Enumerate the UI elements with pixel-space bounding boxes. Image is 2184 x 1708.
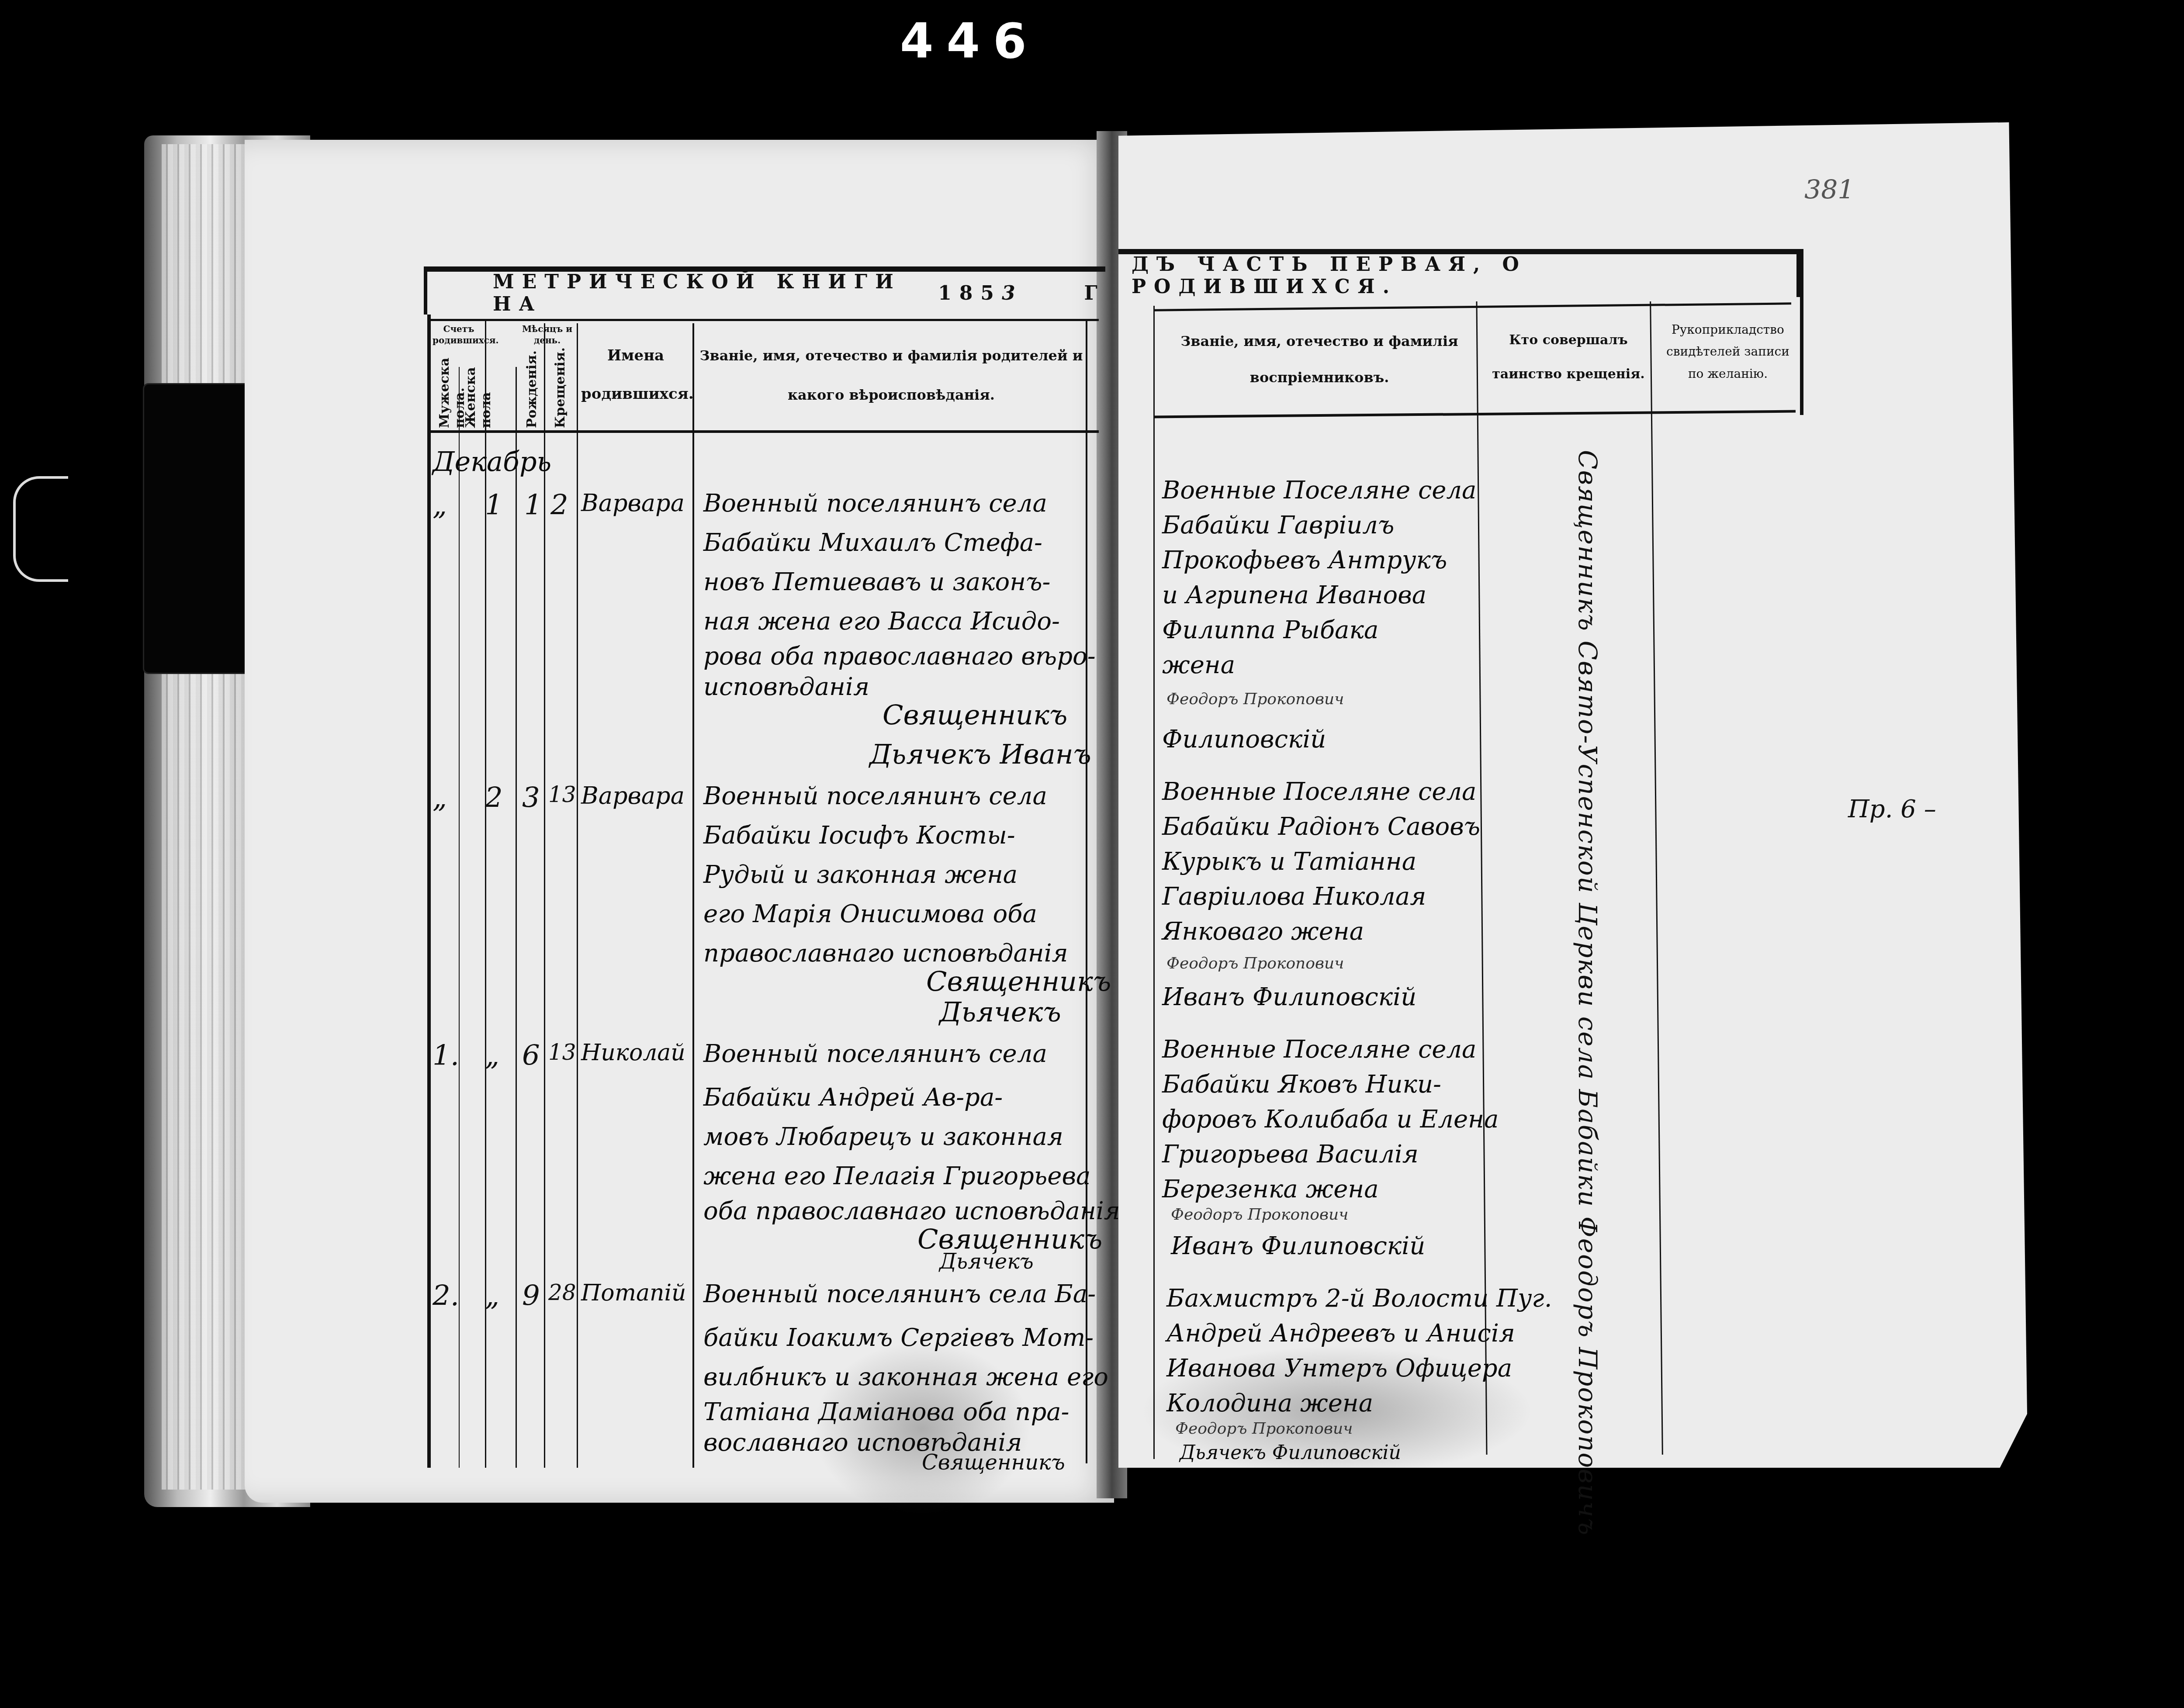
godparent-signature: Феодоръ Прокопович bbox=[1166, 954, 1344, 972]
godparents-line: Бахмистръ 2-й Волости Пуг. bbox=[1166, 1284, 1552, 1313]
godparents-line: Бабайки Гавріилъ bbox=[1162, 511, 1394, 539]
header-count-group: Счетъ родившихся. bbox=[433, 323, 485, 346]
child-name: Потапій bbox=[581, 1280, 686, 1306]
godparent-signature: Иванъ Филиповскій bbox=[1162, 983, 1416, 1011]
baptism-day: 2 bbox=[550, 489, 568, 522]
folio-number: 381 bbox=[1804, 175, 1855, 205]
parents-line: оба православнаго исповѣданія bbox=[703, 1197, 1120, 1225]
birth-day: 1 bbox=[524, 489, 542, 522]
baptism-day: 13 bbox=[548, 782, 576, 807]
parents-line: жена его Пелагія Григорьева bbox=[703, 1162, 1090, 1190]
godparents-line: Янковаго жена bbox=[1162, 917, 1364, 946]
parents-line: Военный поселянинъ села bbox=[703, 489, 1047, 518]
godparents-line: Прокофьевъ Антрукъ bbox=[1162, 546, 1447, 574]
godparents-line: Андрей Андреевъ и Анисія bbox=[1166, 1319, 1515, 1348]
count-female: 2 bbox=[485, 782, 503, 814]
parents-line: рова оба православнаго вѣро- bbox=[703, 642, 1096, 671]
title-text-right: ДЪ ЧАСТЬ ПЕРВАЯ, О РОДИВШИХСЯ. bbox=[1132, 253, 1796, 298]
parents-line: ная жена его Васса Исидо- bbox=[703, 607, 1060, 636]
count-male: „ bbox=[433, 782, 447, 814]
parents-line: Бабайки Андрей Ав-ра- bbox=[703, 1083, 1003, 1112]
baptizer-signature-vertical: Священникъ Свято-Успенской Церкви села Б… bbox=[1573, 450, 1603, 1536]
godparents-line: Иванова Унтеръ Офицера bbox=[1166, 1354, 1512, 1383]
parents-line: мовъ Любарецъ и законная bbox=[703, 1123, 1063, 1151]
title-text: МЕТРИЧЕСКОЙ КНИГИ НА bbox=[493, 271, 924, 315]
priest-signature: Священникъ bbox=[883, 699, 1067, 731]
deacon-signature: Дьячекъ Иванъ bbox=[869, 738, 1091, 770]
month-label: Декабрь bbox=[433, 446, 551, 477]
godparents-line: Бабайки Радіонъ Савовъ bbox=[1162, 813, 1480, 841]
deacon-signature: Дьячекъ bbox=[939, 996, 1061, 1028]
year-printed: 185 bbox=[938, 282, 1002, 304]
deacon-signature: Дьячекъ bbox=[939, 1249, 1034, 1274]
godparents-line: Филиппа Рыбака bbox=[1162, 616, 1378, 644]
parents-line: байки Іоакимъ Сергіевъ Мот- bbox=[703, 1324, 1094, 1352]
count-female: 1 bbox=[485, 489, 503, 522]
child-name: Варвара bbox=[581, 489, 685, 517]
header-godparents: Званіе, имя, отечество и фамилія воспріе… bbox=[1162, 323, 1477, 396]
parents-line: Рудый и законная жена bbox=[703, 861, 1018, 889]
parents-line: Бабайки Михаилъ Стефа- bbox=[703, 529, 1042, 557]
godparents-line: Колодина жена bbox=[1166, 1389, 1373, 1418]
godparents-line: Военные Поселяне села bbox=[1162, 476, 1477, 505]
header-witness-signatures: Рукоприкладство свидѣтелей записи по жел… bbox=[1660, 319, 1796, 385]
priest-signature: Священникъ bbox=[926, 965, 1111, 997]
birth-day: 6 bbox=[522, 1040, 540, 1072]
godparents-line: и Агрипена Иванова bbox=[1162, 581, 1426, 609]
godparents-line: Бабайки Яковъ Ники- bbox=[1162, 1070, 1441, 1099]
baptism-day: 13 bbox=[548, 1040, 576, 1065]
godparents-line: жена bbox=[1162, 651, 1235, 679]
godparent-signature: Дьячекъ Филиповскій bbox=[1180, 1442, 1401, 1464]
baptism-day: 28 bbox=[548, 1280, 576, 1305]
year-suffix: Г bbox=[1084, 282, 1105, 304]
godparents-line: Березенка жена bbox=[1162, 1175, 1379, 1203]
parents-line: Татіана Даміанова оба пра- bbox=[703, 1398, 1070, 1426]
header-female: Женска пола bbox=[463, 363, 494, 428]
register-title-right: ДЪ ЧАСТЬ ПЕРВАЯ, О РОДИВШИХСЯ. bbox=[1118, 249, 1800, 297]
clip-knob bbox=[13, 476, 68, 582]
count-female: „ bbox=[485, 1040, 499, 1072]
godparents-line: Военные Поселяне села bbox=[1162, 1035, 1477, 1064]
header-names: Имена родившихся. bbox=[581, 336, 690, 414]
parents-line: Военный поселянинъ села bbox=[703, 782, 1047, 810]
birth-day: 9 bbox=[522, 1280, 540, 1312]
count-male: 1. bbox=[433, 1040, 459, 1072]
register-title-left: МЕТРИЧЕСКОЙ КНИГИ НА 1853 Г bbox=[424, 266, 1105, 315]
count-male: „ bbox=[433, 489, 447, 522]
header-baptizer: Кто совершалъ таинство крещенія. bbox=[1485, 323, 1651, 391]
priest-signature: Священникъ bbox=[922, 1450, 1065, 1475]
count-female: „ bbox=[485, 1280, 499, 1312]
godparent-signature: Филиповскій bbox=[1162, 725, 1326, 754]
godparent-signature: Иванъ Филиповскій bbox=[1171, 1232, 1425, 1260]
godparents-line: Григорьева Василія bbox=[1162, 1140, 1419, 1169]
godparents-line: форовъ Колибаба и Елена bbox=[1162, 1105, 1499, 1134]
count-male: 2. bbox=[433, 1280, 459, 1312]
parents-line: новъ Петиевавъ и законъ- bbox=[703, 568, 1050, 596]
godparents-line: Военные Поселяне села bbox=[1162, 778, 1477, 806]
parents-line: вилбникъ и законная жена его bbox=[703, 1363, 1108, 1391]
child-name: Николай bbox=[581, 1040, 685, 1066]
godparent-signature: Феодоръ Прокопович bbox=[1175, 1420, 1353, 1438]
birth-day: 3 bbox=[522, 782, 540, 814]
header-birth-day: Рожденія. bbox=[524, 363, 540, 428]
child-name: Варвара bbox=[581, 782, 685, 809]
parents-line: исповѣданія bbox=[703, 673, 869, 701]
header-parents: Званіе, имя, отечество и фамилія родител… bbox=[699, 336, 1083, 415]
parents-line: Бабайки Іосифъ Косты- bbox=[703, 821, 1015, 850]
godparents-line: Курыкъ и Татіанна bbox=[1162, 847, 1416, 876]
parents-line: православнаго исповѣданія bbox=[703, 939, 1068, 968]
header-baptism-day: Крещенія. bbox=[553, 363, 568, 428]
godparent-signature: Феодоръ Прокопович bbox=[1171, 1206, 1349, 1224]
parents-line: его Марія Онисимова оба bbox=[703, 900, 1037, 928]
godparent-signature: Феодоръ Прокопович bbox=[1166, 690, 1344, 708]
header-date-group: Мѣсяцъ и день. bbox=[518, 323, 577, 346]
margin-note: Пр. 6 – bbox=[1848, 795, 1936, 823]
year-handwritten: 3 bbox=[1002, 282, 1023, 304]
parents-line: Военный поселянинъ села bbox=[703, 1040, 1047, 1068]
godparents-line: Гавріилова Николая bbox=[1162, 882, 1426, 911]
parents-line: Военный поселянинъ села Ба- bbox=[703, 1280, 1096, 1308]
archive-stamp-number: 446 bbox=[900, 13, 1040, 69]
